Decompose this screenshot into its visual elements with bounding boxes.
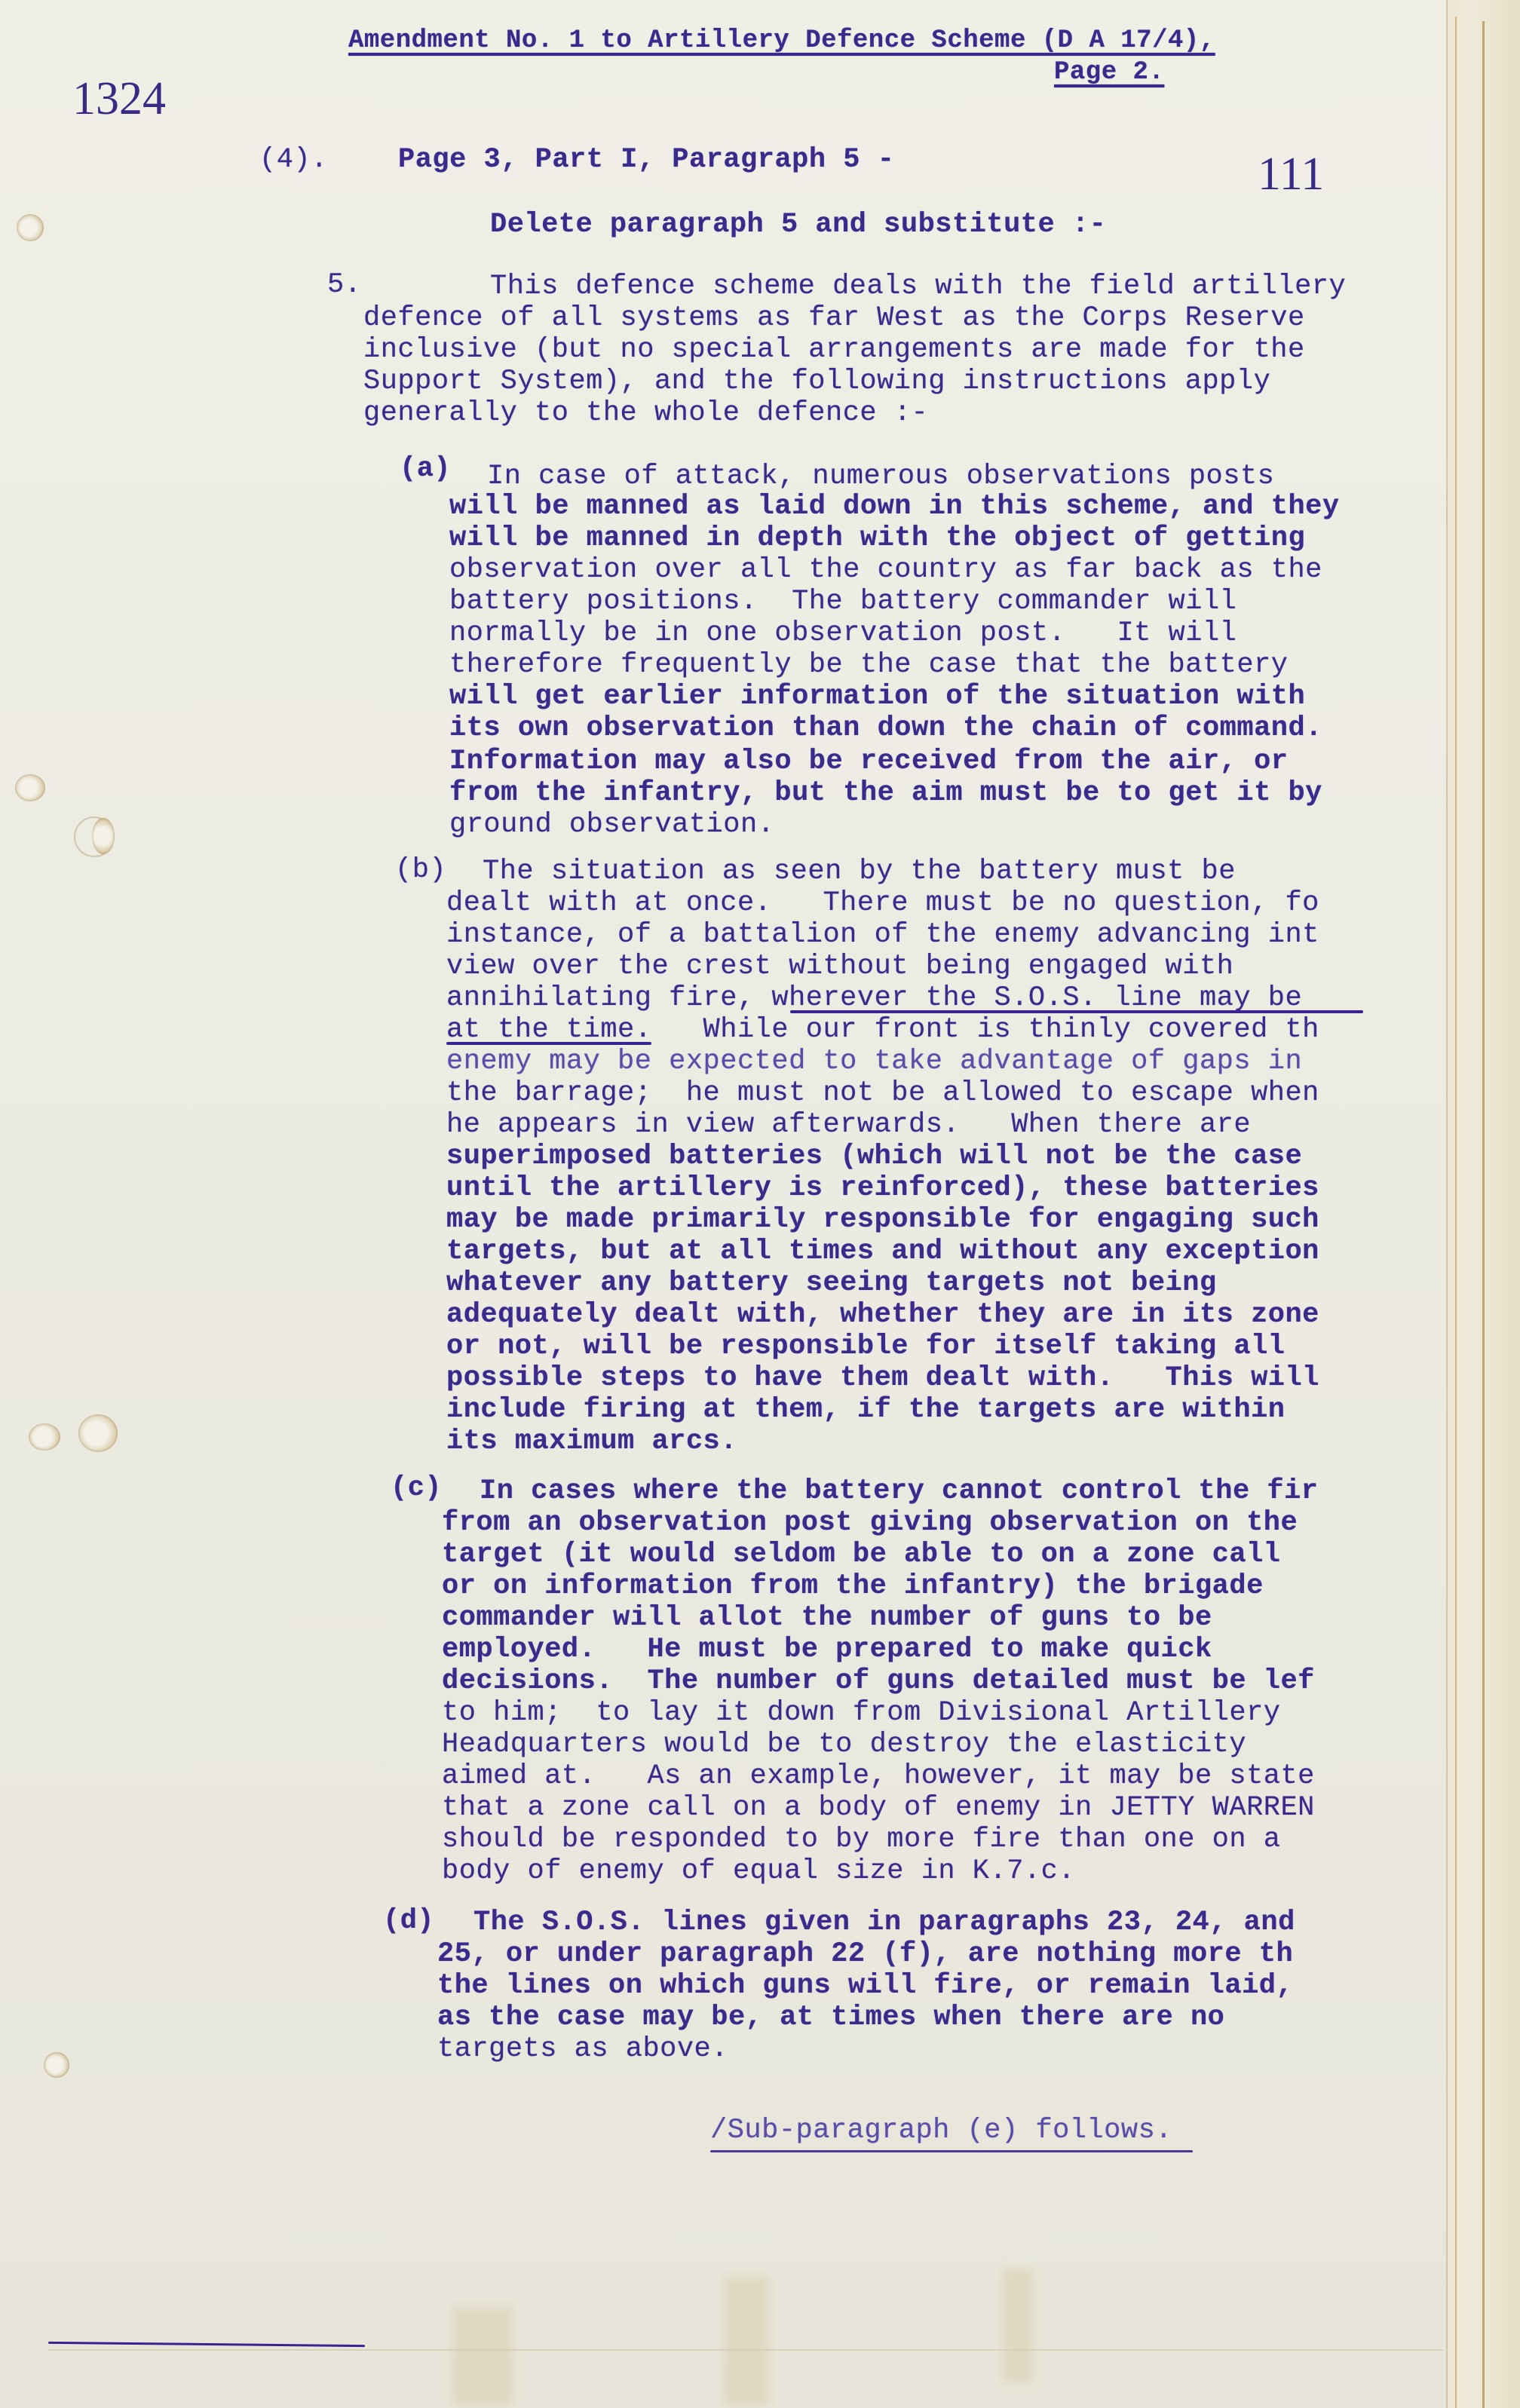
subparagraph-line: to him; to lay it down from Divisional A… — [442, 1698, 1280, 1729]
subparagraph-line: view over the crest without being engage… — [446, 951, 1233, 982]
underline — [790, 1010, 1363, 1013]
subparagraph-line: until the artillery is reinforced), thes… — [446, 1173, 1319, 1204]
subparagraph-line: the lines on which guns will fire, or re… — [437, 1971, 1293, 2002]
subparagraph-line: body of enemy of equal size in K.7.c. — [442, 1856, 1075, 1887]
paragraph-line: inclusive (but no special arrangements a… — [363, 335, 1305, 366]
underline — [446, 1042, 651, 1045]
punch-hole — [44, 2052, 69, 2078]
subparagraph-line: will be manned as laid down in this sche… — [449, 492, 1340, 522]
subparagraph-line: observation over all the country as far … — [449, 555, 1322, 586]
subparagraph-line: instance, of a battalion of the enemy ad… — [446, 920, 1319, 951]
document-page: Amendment No. 1 to Artillery Defence Sch… — [0, 0, 1448, 2408]
subparagraph-line: normally be in one observation post. It … — [449, 618, 1237, 649]
subparagraph-line: Information may also be received from th… — [449, 746, 1288, 777]
sheet-edge — [1482, 21, 1485, 2408]
subparagraph-line: In case of attack, numerous observations… — [487, 461, 1274, 492]
paragraph-line: defence of all systems as far West as th… — [363, 303, 1305, 334]
subparagraph-line: employed. He must be prepared to make qu… — [442, 1634, 1212, 1665]
paragraph-line: Support System), and the following instr… — [363, 366, 1270, 397]
item-reference: Page 3, Part I, Paragraph 5 - — [398, 145, 894, 176]
subparagraph-line: as the case may be, at times when there … — [437, 2002, 1224, 2033]
subparagraph-label: (c) — [391, 1473, 442, 1504]
subparagraph-line: or not, will be responsible for itself t… — [446, 1331, 1285, 1362]
subparagraph-line: he appears in view afterwards. When ther… — [446, 1110, 1251, 1141]
subparagraph-line: include firing at them, if the targets a… — [446, 1395, 1285, 1426]
item-number: (4). — [259, 145, 328, 176]
subparagraph-line: its maximum arcs. — [446, 1426, 737, 1457]
stain — [724, 2277, 769, 2405]
subparagraph-line: commander will allot the number of guns … — [442, 1603, 1212, 1634]
backing-sheets — [1437, 0, 1520, 2408]
subparagraph-line: may be made primarily responsible for en… — [446, 1205, 1319, 1236]
punch-hole — [17, 214, 44, 241]
subparagraph-label: (b) — [395, 855, 446, 886]
subparagraph-line: that a zone call on a body of enemy in J… — [442, 1793, 1315, 1824]
subparagraph-line: its own observation than down the chain … — [449, 713, 1322, 744]
subparagraph-line: targets as above. — [437, 2034, 728, 2065]
paragraph-line: This defence scheme deals with the field… — [490, 271, 1346, 302]
subparagraph-line: target (it would seldom be able to on a … — [442, 1539, 1280, 1570]
underline — [710, 2150, 1193, 2152]
subparagraph-line: dealt with at once. There must be no que… — [446, 888, 1319, 919]
subparagraph-line: will get earlier information of the situ… — [449, 682, 1305, 712]
subparagraph-line: whatever any battery seeing targets not … — [446, 1268, 1217, 1299]
punch-hole — [92, 818, 115, 854]
subparagraph-line: from an observation post giving observat… — [442, 1508, 1298, 1539]
subparagraph-line: targets, but at all times and without an… — [446, 1236, 1319, 1267]
subparagraph-line: the barrage; he must not be allowed to e… — [446, 1078, 1319, 1109]
subparagraph-line: ground observation. — [449, 810, 774, 841]
subparagraph-line: annihilating fire, wherever the S.O.S. l… — [446, 983, 1302, 1014]
page-fold — [48, 2349, 1443, 2351]
subparagraph-line: aimed at. As an example, however, it may… — [442, 1761, 1315, 1792]
header-page: Page 2. — [1054, 57, 1164, 88]
subparagraph-label: (a) — [400, 454, 451, 485]
paragraph-line: generally to the whole defence :- — [363, 398, 928, 429]
subparagraph-line: decisions. The number of guns detailed m… — [442, 1666, 1315, 1697]
subparagraph-line: 25, or under paragraph 22 (f), are nothi… — [437, 1939, 1293, 1970]
subparagraph-line: The S.O.S. lines given in paragraphs 23,… — [473, 1907, 1295, 1938]
stain — [452, 2307, 513, 2405]
punch-hole — [15, 774, 45, 801]
ink-line — [48, 2342, 365, 2347]
punch-hole — [78, 1414, 118, 1452]
subparagraph-line: therefore frequently be the case that th… — [449, 650, 1288, 681]
stain — [1003, 2269, 1033, 2382]
subparagraph-line: superimposed batteries (which will not b… — [446, 1141, 1302, 1172]
subparagraph-line: adequately dealt with, whether they are … — [446, 1300, 1319, 1331]
folio-number-left: 1324 — [72, 72, 166, 126]
item-instruction: Delete paragraph 5 and substitute :- — [490, 210, 1106, 240]
subparagraph-line: In cases where the battery cannot contro… — [480, 1476, 1318, 1507]
paragraph-number: 5. — [327, 270, 361, 301]
continuation-note: /Sub-paragraph (e) follows. — [710, 2115, 1172, 2146]
subparagraph-line: will be manned in depth with the object … — [449, 523, 1305, 554]
subparagraph-line: at the time. While our front is thinly c… — [446, 1015, 1319, 1046]
subparagraph-line: should be responded to by more fire than… — [442, 1824, 1280, 1855]
punch-hole — [29, 1423, 60, 1451]
subparagraph-line: from the infantry, but the aim must be t… — [449, 778, 1322, 809]
folio-number-right: 111 — [1258, 148, 1324, 201]
subparagraph-label: (d) — [383, 1906, 434, 1937]
subparagraph-line: enemy may be expected to take advantage … — [446, 1046, 1302, 1077]
subparagraph-line: possible steps to have them dealt with. … — [446, 1363, 1319, 1394]
sheet-edge — [1455, 17, 1457, 2408]
header-title: Amendment No. 1 to Artillery Defence Sch… — [348, 26, 1215, 57]
subparagraph-line: or on information from the infantry) the… — [442, 1571, 1264, 1602]
subparagraph-line: Headquarters would be to destroy the ela… — [442, 1729, 1246, 1760]
subparagraph-line: The situation as seen by the battery mus… — [483, 856, 1236, 887]
subparagraph-line: battery positions. The battery commander… — [449, 587, 1237, 617]
